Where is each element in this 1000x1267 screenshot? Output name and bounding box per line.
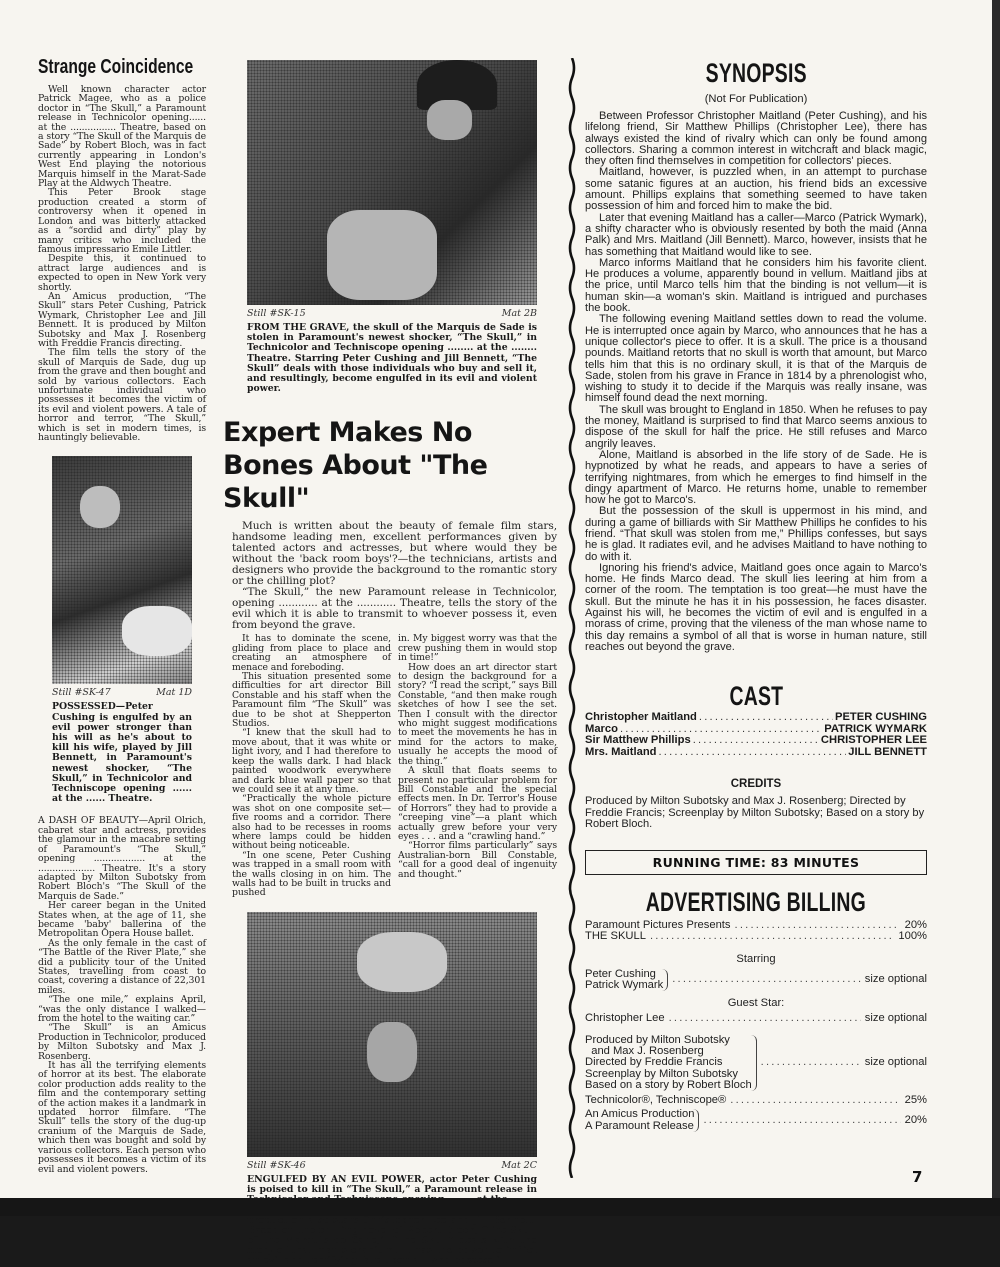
article-paragraph: Much is written about the beauty of fema…: [232, 521, 557, 587]
billing-label: Technicolor®, Techniscope®: [585, 1095, 726, 1106]
still-number: Still #SK-15: [247, 308, 306, 319]
article-paragraph: It has all the terrifying elements of ho…: [38, 1061, 206, 1174]
synopsis-paragraph: Marco informs Maitland that he considers…: [585, 258, 927, 314]
article-paragraph: “The one mile,” explains April, “was the…: [38, 995, 206, 1023]
article-paragraph: It has to dominate the scene, gliding fr…: [232, 634, 391, 672]
billing-line: Based on a story by Robert Bloch: [585, 1080, 752, 1091]
article-paragraph: An Amicus production, “The Skull” stars …: [38, 292, 206, 348]
right-column: SYNOPSIS (Not For Publication) Between P…: [585, 58, 927, 1132]
photo-credit-line: Still #SK-46 Mat 2C: [247, 1160, 537, 1171]
billing-line: A Paramount Release: [585, 1121, 694, 1132]
article-paragraph: This Peter Brook stage production create…: [38, 188, 206, 254]
billing-group-starring: Peter Cushing Patrick Wymark ...........…: [585, 969, 927, 992]
article-paragraph: “In one scene, Peter Cushing was trapped…: [232, 851, 391, 898]
cast-list: Christopher Maitland ...................…: [585, 712, 927, 758]
mat-number: Mat 1D: [156, 687, 192, 698]
dash-of-beauty-article: A DASH OF BEAUTY—April Olrich, cabaret s…: [38, 816, 206, 1173]
synopsis-heading: SYNOPSIS: [585, 58, 927, 89]
engulfed-photo: [247, 912, 537, 1157]
leader-dots: ........................................…: [703, 1115, 900, 1126]
synopsis-paragraph: The skull was brought to England in 1850…: [585, 405, 927, 450]
article-paragraph: in. My biggest worry was that the crew p…: [398, 634, 557, 662]
credits-text: Produced by Milton Subotsky and Max J. R…: [585, 796, 927, 830]
cast-row: Mrs. Maitland ..........................…: [585, 747, 927, 759]
billing-table: Paramount Pictures Presents ............…: [585, 920, 927, 1132]
leader-dots: ........................................…: [669, 1013, 861, 1024]
synopsis-title: SYNOPSIS: [705, 58, 806, 89]
billing-title: ADVERTISING BILLING: [646, 887, 866, 918]
billing-row-title: THE SKULL ..............................…: [585, 931, 927, 942]
pillow-shape: [122, 606, 192, 656]
billing-row-guest: Christopher Lee ........................…: [585, 1013, 927, 1024]
raised-hands-shape: [357, 932, 447, 992]
synopsis-body: Between Professor Christopher Maitland (…: [585, 111, 927, 653]
synopsis-subtitle: (Not For Publication): [585, 93, 927, 105]
billing-percent: 25%: [901, 1095, 927, 1106]
brace-lines: Produced by Milton Subotsky and Max J. R…: [585, 1035, 757, 1091]
leader-dots: ........................................…: [699, 712, 833, 724]
leader-dots: ........................................…: [761, 1057, 861, 1068]
article-paragraph: “The Skull” is an Amicus Production in T…: [38, 1023, 206, 1061]
billing-line: Patrick Wymark: [585, 980, 663, 991]
page-bottom-edge: [0, 1198, 1000, 1216]
article-paragraph: “The Skull,” the new Paramount release i…: [232, 587, 557, 631]
expert-left-subcolumn: It has to dominate the scene, gliding fr…: [232, 634, 391, 897]
from-the-grave-photo: [247, 60, 537, 305]
article-paragraph: Well known character actor Patrick Magee…: [38, 85, 206, 188]
face-shape: [367, 1022, 417, 1082]
still-number: Still #SK-47: [52, 687, 111, 698]
billing-label: Christopher Lee: [585, 1013, 665, 1024]
article-paragraph: This situation presented some difficulti…: [232, 672, 391, 728]
article-paragraph: Despite this, it continued to attract la…: [38, 254, 206, 292]
billing-percent: 100%: [898, 931, 927, 942]
still-number: Still #SK-46: [247, 1160, 306, 1171]
strange-coincidence-heading: Strange Coincidence: [38, 56, 169, 79]
cast-title: CAST: [729, 681, 783, 712]
synopsis-paragraph: The following evening Maitland settles d…: [585, 314, 927, 404]
synopsis-paragraph: Alone, Maitland is absorbed in the life …: [585, 450, 927, 506]
billing-row-process: Technicolor®, Techniscope® .............…: [585, 1095, 927, 1106]
mat-number: Mat 2B: [502, 308, 537, 319]
billing-size: size optional: [865, 1057, 927, 1068]
brace-lines: Peter Cushing Patrick Wymark: [585, 969, 668, 992]
middle-column: Still #SK-15 Mat 2B FROM THE GRAVE, the …: [232, 60, 557, 1216]
billing-size: size optional: [865, 1013, 927, 1024]
credits-heading: CREDITS: [585, 778, 927, 790]
leader-dots: ........................................…: [693, 735, 819, 747]
expert-right-subcolumn: in. My biggest worry was that the crew p…: [398, 634, 557, 897]
leader-dots: ........................................…: [730, 1095, 897, 1106]
leader-dots: ........................................…: [658, 747, 846, 759]
article-paragraph: “I knew that the skull had to move about…: [232, 728, 391, 794]
face-shape: [427, 100, 472, 140]
article-paragraph: A DASH OF BEAUTY—April Olrich, cabaret s…: [38, 816, 206, 901]
expert-body-columns: It has to dominate the scene, gliding fr…: [232, 634, 557, 897]
leader-dots: ........................................…: [672, 974, 861, 985]
running-time-box: RUNNING TIME: 83 MINUTES: [585, 850, 927, 875]
billing-line: An Amicus Production: [585, 1109, 694, 1120]
brace-lines: An Amicus Production A Paramount Release: [585, 1109, 699, 1132]
possessed-photo: [52, 456, 192, 684]
billing-size: size optional: [865, 974, 927, 985]
synopsis-paragraph: Later that evening Maitland has a caller…: [585, 213, 927, 258]
possessed-caption: POSSESSED—Peter Cushing is engulfed by a…: [52, 702, 192, 804]
figure-face-shape: [80, 486, 120, 528]
billing-group-company: An Amicus Production A Paramount Release…: [585, 1109, 927, 1132]
synopsis-paragraph: Ignoring his friend's advice, Maitland g…: [585, 563, 927, 653]
article-paragraph: The film tells the story of the skull of…: [38, 348, 206, 442]
advertising-billing-heading: ADVERTISING BILLING: [585, 887, 927, 918]
press-book-page: Strange Coincidence Well known character…: [0, 0, 1000, 1198]
article-paragraph: A skull that floats seems to present no …: [398, 766, 557, 841]
cast-role: Mrs. Maitland: [585, 747, 656, 759]
strange-coincidence-article: Well known character actor Patrick Magee…: [38, 85, 206, 442]
article-paragraph: Her career began in the United States wh…: [38, 901, 206, 939]
photo-credit-line: Still #SK-15 Mat 2B: [247, 308, 537, 319]
synopsis-paragraph: Maitland, however, is puzzled when, in a…: [585, 167, 927, 212]
from-the-grave-caption: FROM THE GRAVE, the skull of the Marquis…: [247, 323, 537, 394]
billing-label: THE SKULL: [585, 931, 646, 942]
mat-number: Mat 2C: [501, 1160, 537, 1171]
guest-star-label: Guest Star:: [585, 997, 927, 1009]
leader-dots: ........................................…: [735, 920, 897, 931]
synopsis-paragraph: Between Professor Christopher Maitland (…: [585, 111, 927, 167]
leader-dots: ........................................…: [650, 931, 894, 942]
article-paragraph: “Practically the whole picture was shot …: [232, 794, 391, 850]
article-paragraph: “Horror films particularly” says Austral…: [398, 841, 557, 879]
expert-lead: Much is written about the beauty of fema…: [232, 521, 557, 631]
billing-line: Directed by Freddie Francis: [585, 1057, 752, 1068]
photo-credit-line: Still #SK-47 Mat 1D: [52, 687, 192, 698]
page-number: 7: [912, 1168, 922, 1186]
synopsis-paragraph: But the possession of the skull is upper…: [585, 506, 927, 562]
main-headline: Expert Makes No Bones About "The Skull": [223, 416, 557, 515]
cast-actor: JILL BENNETT: [848, 747, 927, 759]
cast-heading: CAST: [585, 681, 927, 712]
article-paragraph: How does an art director start to design…: [398, 663, 557, 766]
billing-percent: 20%: [905, 1115, 927, 1126]
article-paragraph: As the only female in the cast of “The B…: [38, 939, 206, 995]
starring-label: Starring: [585, 953, 927, 965]
left-column: Strange Coincidence Well known character…: [38, 56, 206, 1174]
billing-group-crew: Produced by Milton Subotsky and Max J. R…: [585, 1035, 927, 1091]
coffin-shape: [327, 210, 437, 300]
wavy-column-divider: [566, 58, 578, 1178]
